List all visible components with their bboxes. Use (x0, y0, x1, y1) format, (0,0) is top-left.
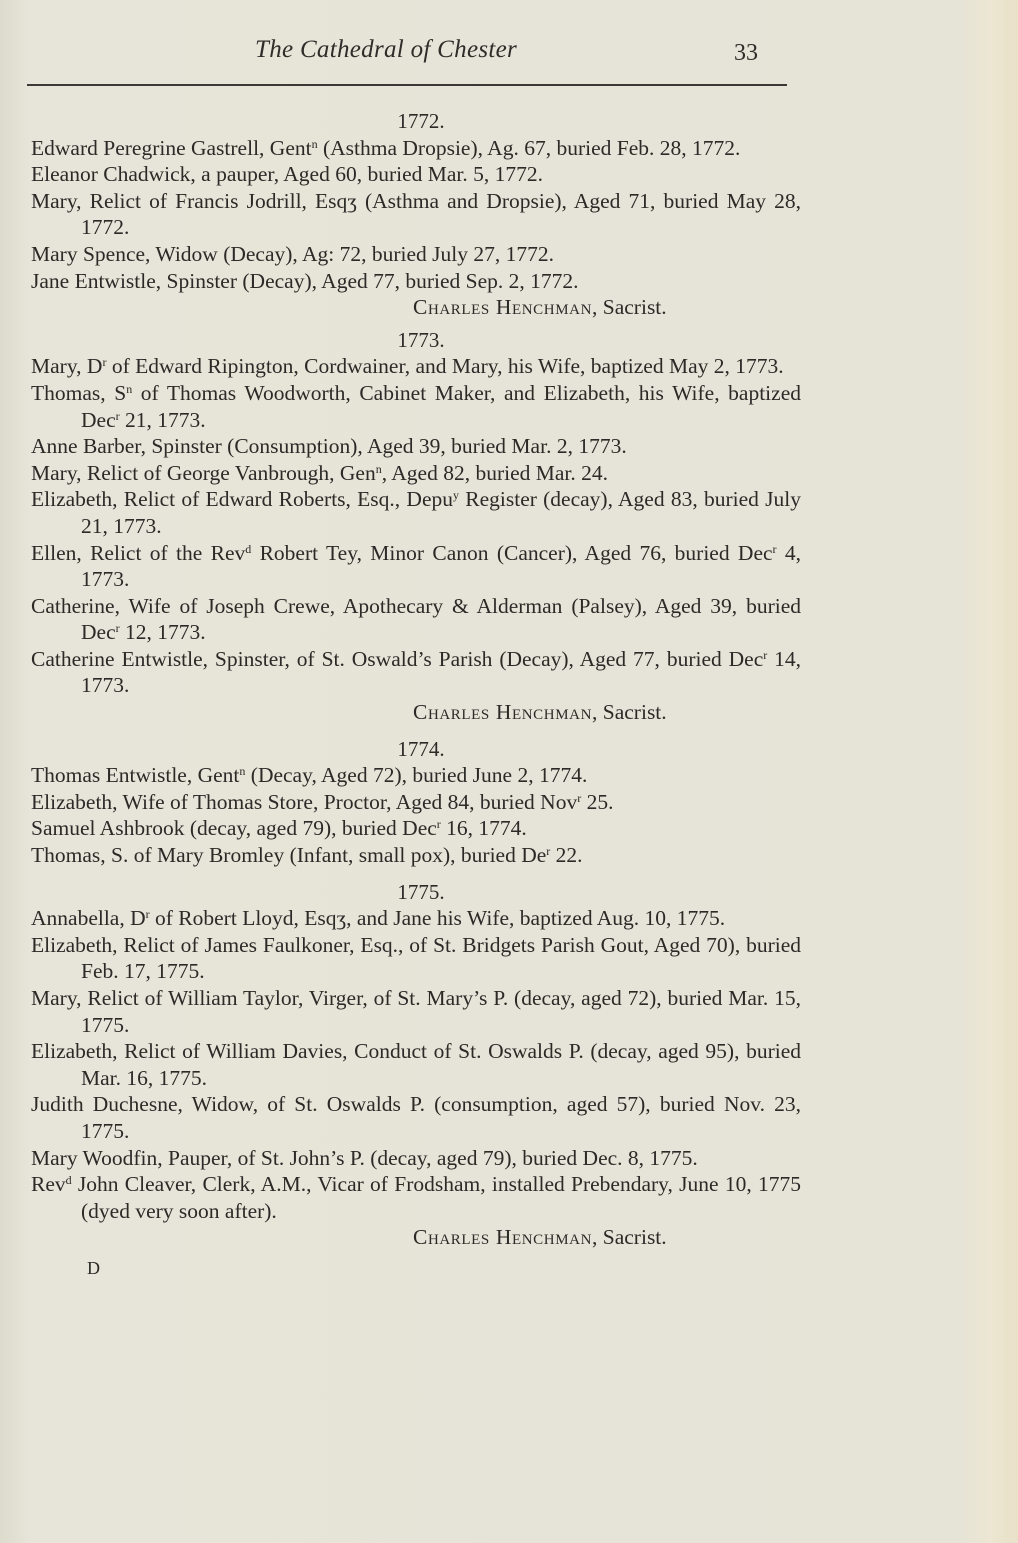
page-number: 33 (734, 40, 758, 67)
register-entry: Catherine Entwistle, Spinster, of St. Os… (31, 646, 801, 699)
register-entry: Mary Woodfin, Pauper, of St. John’s P. (… (31, 1145, 801, 1172)
register-entry: Thomas Entwistle, Gentn (Decay, Aged 72)… (31, 762, 801, 789)
sacrist-signature: Charles Henchman, Sacrist. (31, 699, 801, 726)
register-entry: Elizabeth, Wife of Thomas Store, Proctor… (31, 789, 801, 816)
year-heading-1774: 1774. (31, 736, 801, 763)
register-entry: Ellen, Relict of the Revd Robert Tey, Mi… (31, 540, 801, 593)
register-entry: Anne Barber, Spinster (Consumption), Age… (31, 433, 801, 460)
header-rule (27, 84, 787, 86)
register-entry: Mary, Dr of Edward Ripington, Cordwainer… (31, 353, 801, 380)
register-entry: Mary, Relict of George Vanbrough, Genn, … (31, 460, 801, 487)
register-entry: Edward Peregrine Gastrell, Gentn (Asthma… (31, 135, 801, 162)
printer-signature-mark: D (31, 1255, 801, 1281)
sacrist-signature: Charles Henchman, Sacrist. (31, 1224, 801, 1251)
year-heading-1775: 1775. (31, 879, 801, 906)
register-entry: Catherine, Wife of Joseph Crewe, Apothec… (31, 593, 801, 646)
register-content: 1772. Edward Peregrine Gastrell, Gentn (… (31, 108, 801, 1281)
register-entry: Samuel Ashbrook (decay, aged 79), buried… (31, 815, 801, 842)
register-entry: Elizabeth, Relict of Edward Roberts, Esq… (31, 486, 801, 539)
register-entry: Mary, Relict of William Taylor, Virger, … (31, 985, 801, 1038)
year-heading-1772: 1772. (31, 108, 801, 135)
register-entry: Mary, Relict of Francis Jodrill, Esqʒ (A… (31, 188, 801, 241)
running-head: The Cathedral of Chester 33 (0, 36, 1018, 72)
register-entry: Thomas, Sn of Thomas Woodworth, Cabinet … (31, 380, 801, 433)
register-entry: Elizabeth, Relict of William Davies, Con… (31, 1038, 801, 1091)
register-entry: Jane Entwistle, Spinster (Decay), Aged 7… (31, 268, 801, 295)
sacrist-signature: Charles Henchman, Sacrist. (31, 294, 801, 321)
register-entry: Mary Spence, Widow (Decay), Ag: 72, buri… (31, 241, 801, 268)
register-entry: Thomas, S. of Mary Bromley (Infant, smal… (31, 842, 801, 869)
year-heading-1773: 1773. (31, 327, 801, 354)
register-entry: Elizabeth, Relict of James Faulkoner, Es… (31, 932, 801, 985)
register-entry: Judith Duchesne, Widow, of St. Oswalds P… (31, 1091, 801, 1144)
register-entry: Eleanor Chadwick, a pauper, Aged 60, bur… (31, 161, 801, 188)
running-title: The Cathedral of Chester (255, 36, 517, 64)
register-entry: Revd John Cleaver, Clerk, A.M., Vicar of… (31, 1171, 801, 1224)
register-entry: Annabella, Dr of Robert Lloyd, Esqʒ, and… (31, 905, 801, 932)
